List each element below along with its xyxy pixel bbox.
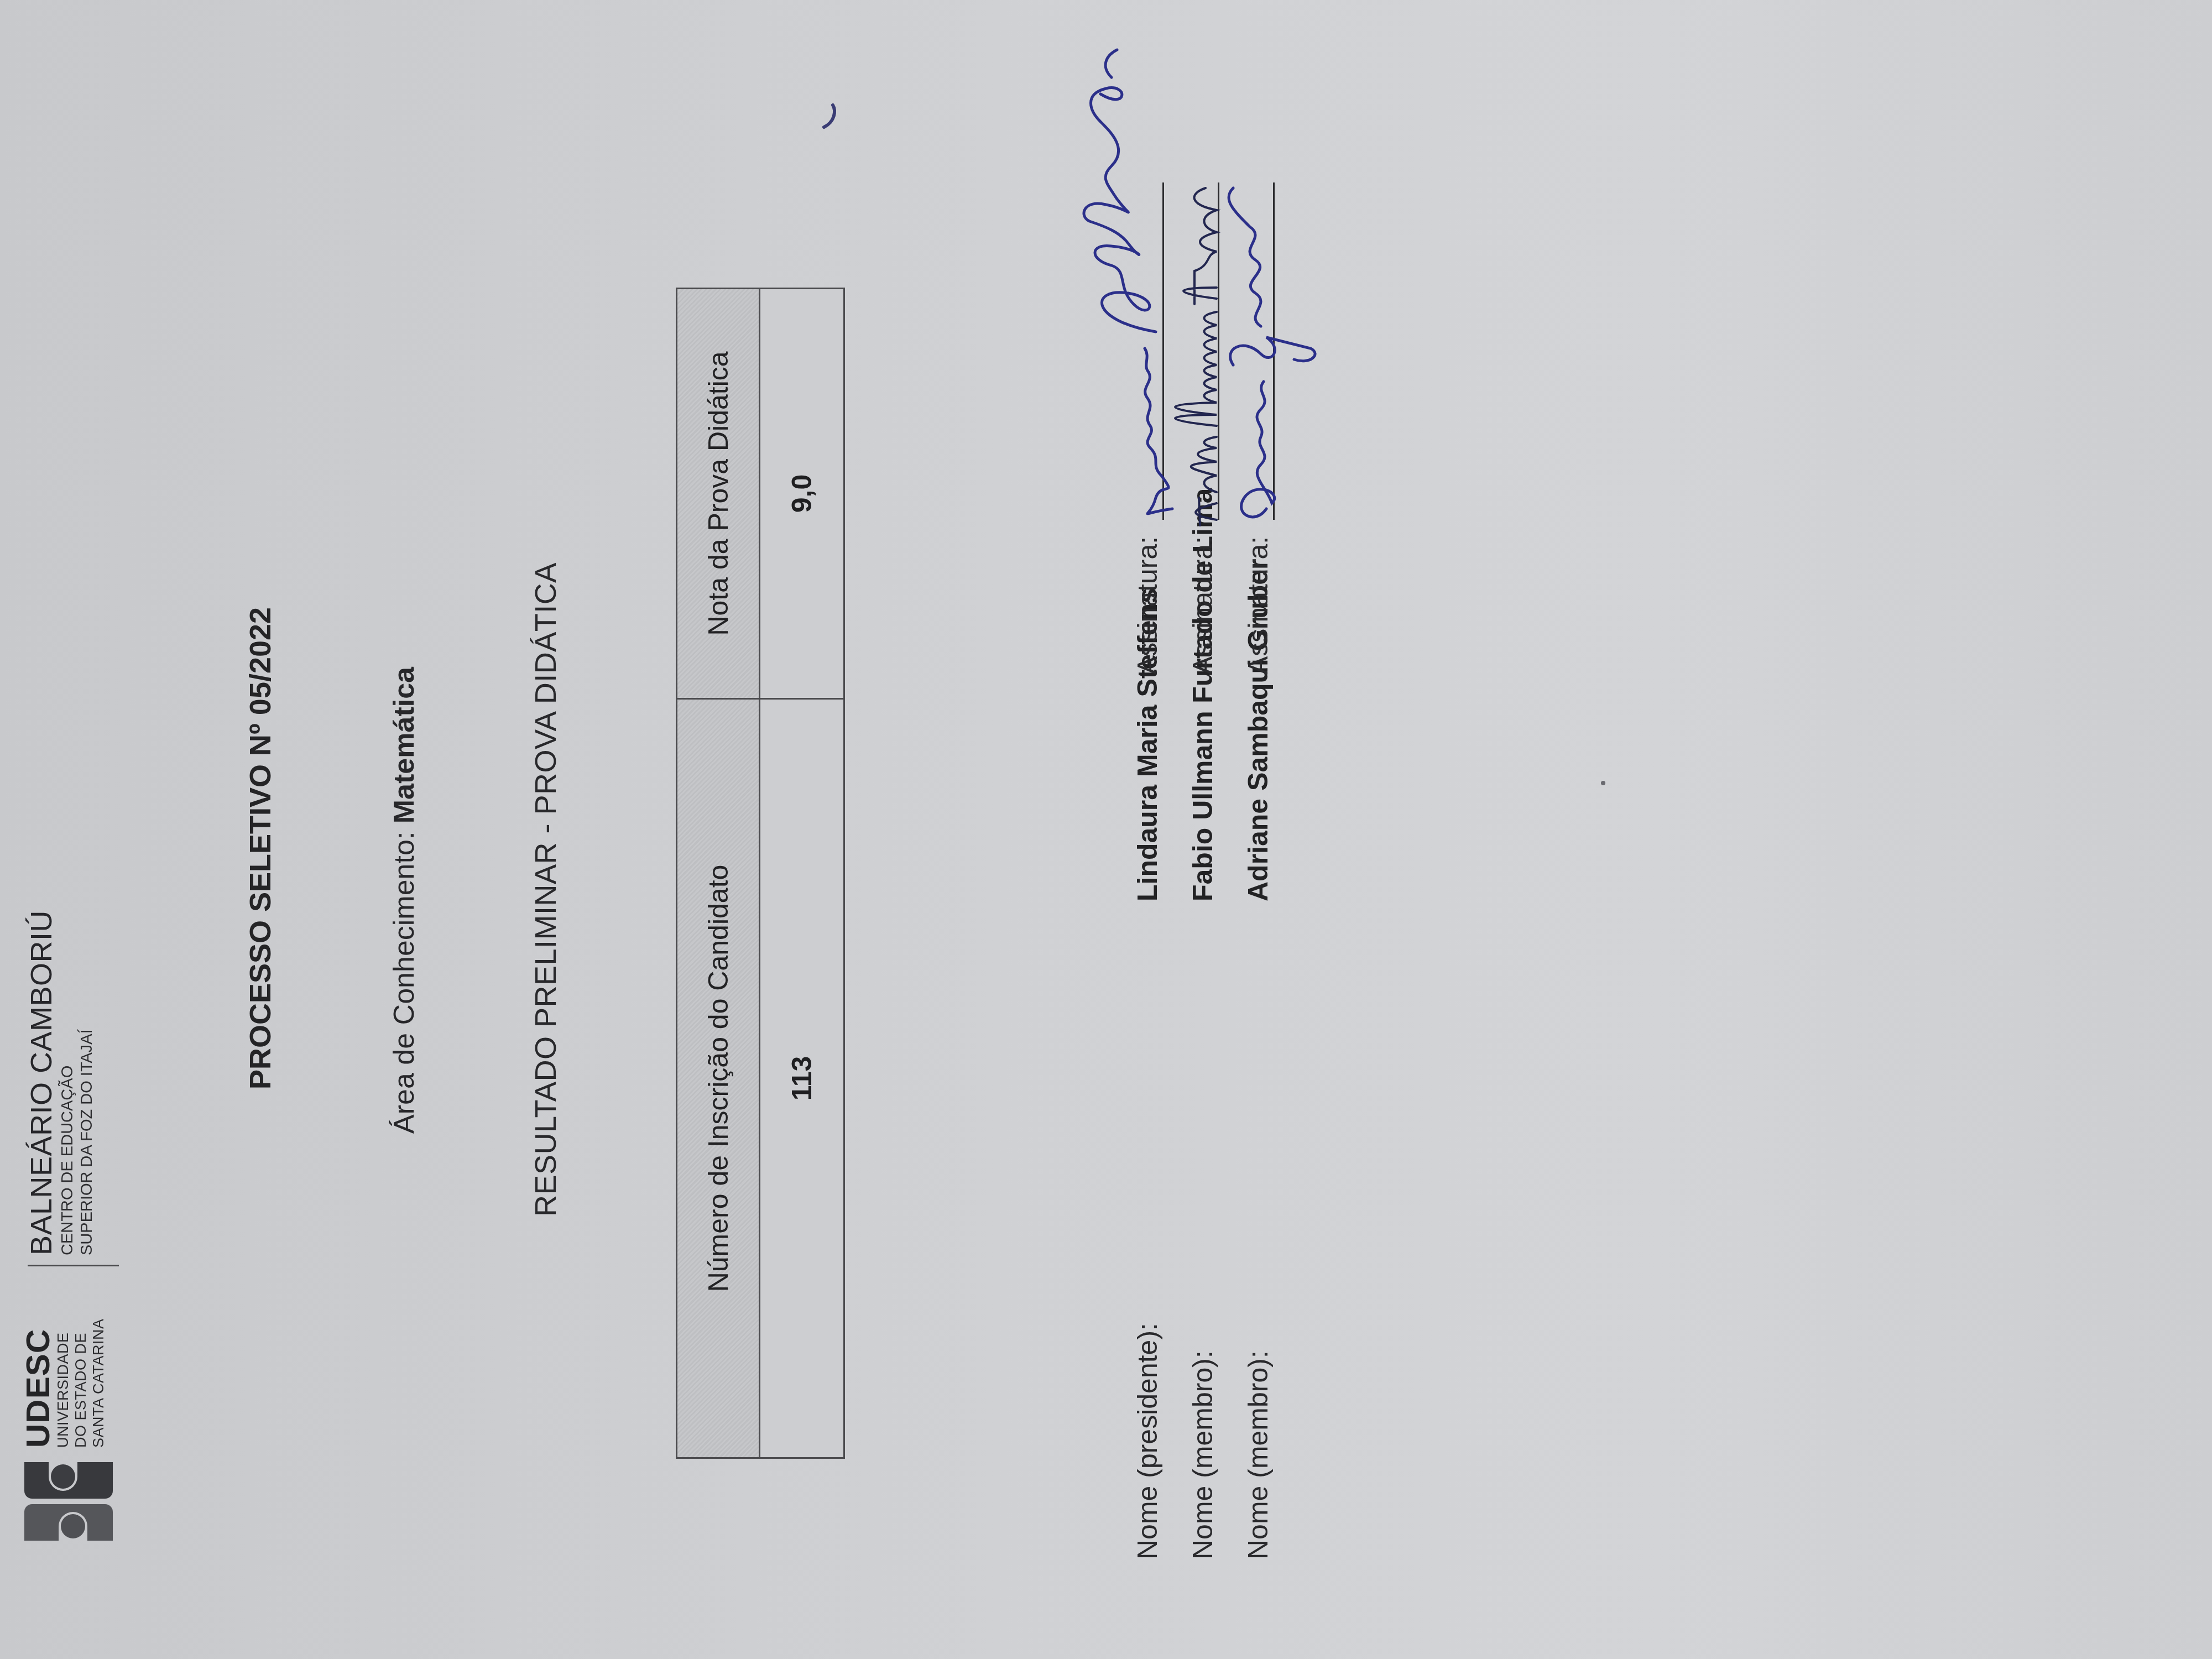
document-title: PROCESSO SELETIVO Nº 05/2022	[243, 592, 278, 1089]
university-acronym: UDESC	[22, 1310, 54, 1448]
university-line: UNIVERSIDADE	[54, 1310, 72, 1448]
campus-name-block: BALNEÁRIO CAMBORIÚ CENTRO DE EDUCAÇÃO SU…	[25, 868, 97, 1255]
ink-mark	[818, 100, 841, 133]
document-page: UDESC UNIVERSIDADE DO ESTADO DE SANTA CA…	[0, 0, 2212, 1659]
knowledge-area-label: Área de Conhecimento:	[388, 832, 420, 1134]
photo-viewport: UDESC UNIVERSIDADE DO ESTADO DE SANTA CA…	[0, 0, 2212, 1659]
table-header-registration: Número de Inscrição do Candidato	[677, 698, 760, 1457]
campus-line: SUPERIOR DA FOZ DO ITAJAÍ	[77, 868, 97, 1255]
knowledge-area: Área de Conhecimento: Matemática	[387, 581, 421, 1134]
member-role-label: Nome (presidente):	[1131, 1250, 1164, 1559]
campus-name: BALNEÁRIO CAMBORIÚ	[25, 868, 58, 1255]
university-line: DO ESTADO DE	[72, 1310, 90, 1448]
university-line: SANTA CATARINA	[90, 1310, 107, 1448]
knowledge-area-value: Matemática	[388, 667, 420, 823]
member-role-label: Nome (membro):	[1186, 1250, 1219, 1559]
signature-label: Assinatura:	[1131, 531, 1164, 675]
signature-label: Assinatura:	[1186, 531, 1219, 675]
table-cell-registration: 113	[760, 698, 843, 1457]
table-header-grade: Nota da Prova Didática	[677, 289, 760, 698]
campus-line: CENTRO DE EDUCAÇÃO	[58, 868, 77, 1255]
signature-label: Assinatura:	[1241, 531, 1275, 675]
result-title: RESULTADO PRELIMINAR - PROVA DIDÁTICA	[528, 498, 564, 1217]
university-name-block: UDESC UNIVERSIDADE DO ESTADO DE SANTA CA…	[22, 1310, 107, 1448]
header-divider	[28, 1265, 119, 1266]
dust-speck	[1601, 781, 1605, 785]
udesc-logo-icon	[22, 1460, 116, 1543]
table-cell-grade: 9,0	[760, 289, 843, 698]
member-role-label: Nome (membro):	[1241, 1250, 1275, 1559]
results-table: Número de Inscrição do Candidato Nota da…	[676, 288, 845, 1459]
signature-ink-membro-2	[1200, 33, 1322, 531]
